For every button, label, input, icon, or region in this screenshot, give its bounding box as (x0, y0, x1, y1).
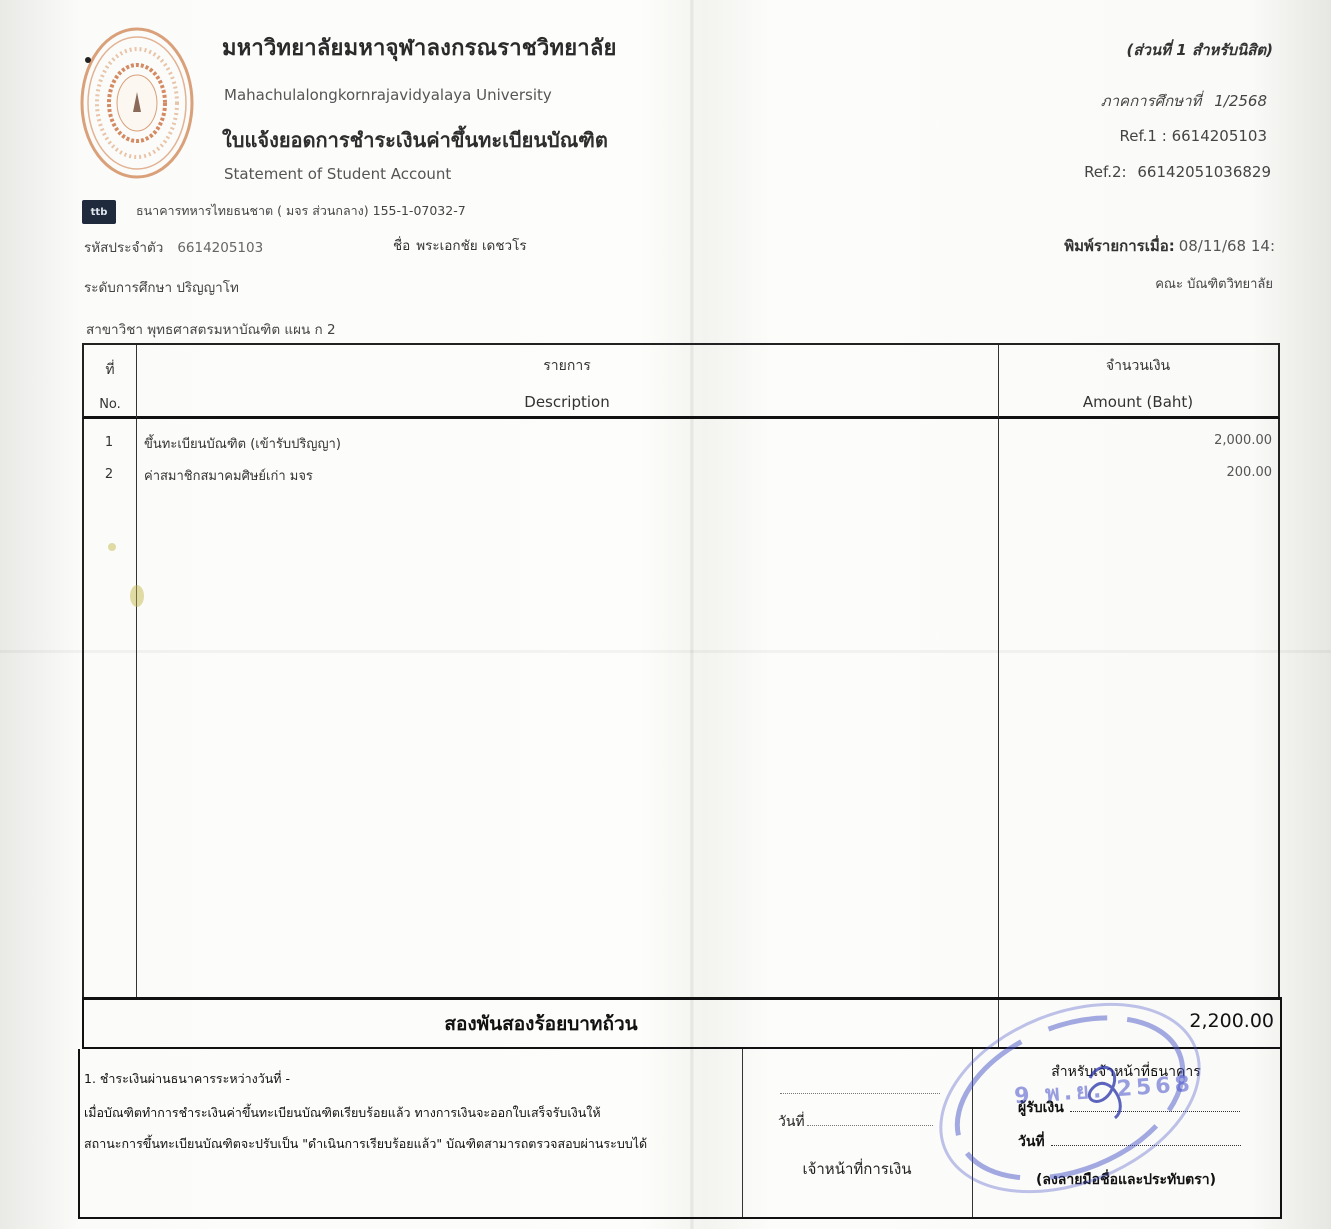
column-header-description: รายการ Description (136, 345, 999, 418)
column-header-no: ที่ No. (84, 345, 137, 418)
row-description: ค่าสมาชิกสมาคมศิษย์เก่า มจร (144, 465, 313, 486)
student-name-value: พระเอกชัย เดชวโร (416, 238, 526, 254)
table-body: 1 ขึ้นทะเบียนบัณฑิต (เข้ารับปริญญา) 2,00… (82, 419, 1280, 997)
student-id-label: รหัสประจำตัว (84, 240, 163, 256)
table-header: ที่ No. รายการ Description จำนวนเงิน Amo… (82, 343, 1280, 419)
student-name-label: ชื่อ (393, 238, 410, 254)
total-amount: 2,200.00 (1189, 1010, 1274, 1032)
printed-at-label: พิมพ์รายการเมื่อ: (1064, 237, 1175, 255)
row-description: ขึ้นทะเบียนบัณฑิต (เข้ารับปริญญา) (144, 433, 341, 454)
note-payment-period: 1. ชำระเงินผ่านธนาคารระหว่างวันที่ - (84, 1069, 290, 1089)
printed-at-value: 08/11/68 14: (1179, 237, 1275, 255)
row-no: 1 (84, 435, 134, 450)
row-amount: 200.00 (1227, 465, 1273, 480)
column-divider (998, 419, 999, 997)
cashier-label: เจ้าหน้าที่การเงิน (742, 1157, 972, 1181)
student-id: รหัสประจำตัว6614205103 (84, 236, 263, 258)
semester-value: 1/2568 (1214, 92, 1267, 110)
document-title-english: Statement of Student Account (224, 165, 451, 183)
cashier-date-label: วันที่ (778, 1114, 805, 1130)
signature-note: (ลงลายมือชื่อและประทับตรา) (972, 1169, 1280, 1191)
ref1: Ref.1 : 6614205103 (1119, 127, 1267, 145)
cashier-signature-line (780, 1083, 940, 1094)
cashier-date-line (807, 1115, 933, 1126)
row-no: 2 (84, 467, 134, 482)
column-divider (136, 419, 137, 997)
university-seal-logo (78, 24, 196, 182)
ref2-label: Ref.2: (1084, 163, 1127, 181)
major: สาขาวิชา พุทธศาสตรมหาบัณฑิต แผน ก 2 (86, 318, 336, 340)
table-row: 2 ค่าสมาชิกสมาคมศิษย์เก่า มจร 200.00 (84, 461, 1278, 489)
university-name-thai: มหาวิทยาลัยมหาจุฬาลงกรณราชวิทยาลัย (222, 30, 617, 65)
note-receipt: เมื่อบัณฑิตทำการชำระเงินค่าขึ้นทะเบียนบั… (84, 1103, 601, 1123)
column-header-no-english: No. (84, 397, 136, 412)
student-id-value: 6614205103 (177, 240, 263, 256)
table-row: 1 ขึ้นทะเบียนบัณฑิต (เข้ารับปริญญา) 2,00… (84, 429, 1278, 457)
payment-notes: 1. ชำระเงินผ่านธนาคารระหว่างวันที่ - เมื… (80, 1049, 743, 1217)
semester-label: ภาคการศึกษาที่ (1101, 92, 1202, 110)
document-title-thai: ใบแจ้งยอดการชำระเงินค่าขึ้นทะเบียนบัณฑิต (222, 124, 608, 156)
student-name: ชื่อพระเอกชัย เดชวโร (393, 234, 527, 256)
ref2-value: 66142051036829 (1137, 163, 1271, 181)
paper-stain (130, 585, 144, 607)
column-header-amount: จำนวนเงิน Amount (Baht) (998, 345, 1278, 418)
printed-at: พิมพ์รายการเมื่อ:08/11/68 14: (1064, 234, 1275, 258)
total-in-words: สองพันสองร้อยบาทถ้วน (84, 1000, 999, 1047)
receiver-date-line (1051, 1135, 1241, 1146)
receiver-date-label: วันที่ (1018, 1134, 1045, 1150)
row-amount: 2,000.00 (1214, 433, 1272, 448)
column-header-amount-english: Amount (Baht) (998, 393, 1278, 411)
bank-account-line: ธนาคารทหารไทยธนชาต ( มจร ส่วนกลาง) 155-1… (136, 201, 466, 221)
column-header-no-thai: ที่ (84, 359, 136, 381)
total-row: สองพันสองร้อยบาทถ้วน 2,200.00 (82, 997, 1282, 1049)
paper-stain (108, 543, 116, 551)
column-header-description-english: Description (136, 393, 998, 411)
ref1-value: 6614205103 (1172, 127, 1267, 145)
education-level: ระดับการศึกษา ปริญญาโท (84, 276, 239, 298)
column-header-amount-thai: จำนวนเงิน (998, 355, 1278, 377)
copy-label: (ส่วนที่ 1 สำหรับนิสิต) (1126, 38, 1273, 62)
bank-logo-icon: ttb (82, 200, 116, 224)
ref2: Ref.2: 66142051036829 (1084, 163, 1271, 181)
cashier-date: วันที่ (778, 1111, 933, 1133)
cashier-signature-box: วันที่ เจ้าหน้าที่การเงิน (742, 1049, 973, 1217)
semester: ภาคการศึกษาที่ 1/2568 (1101, 89, 1267, 113)
column-header-description-thai: รายการ (136, 355, 998, 377)
note-status: สถานะการขึ้นทะเบียนบัณฑิตจะปรับเป็น "ดำเ… (84, 1134, 647, 1154)
university-name-english: Mahachulalongkornrajavidyalaya Universit… (224, 86, 552, 104)
faculty: คณะ บัณฑิตวิทยาลัย (1155, 273, 1273, 294)
receiver-date: วันที่ (1018, 1131, 1241, 1153)
ref1-label: Ref.1 : (1119, 127, 1166, 145)
